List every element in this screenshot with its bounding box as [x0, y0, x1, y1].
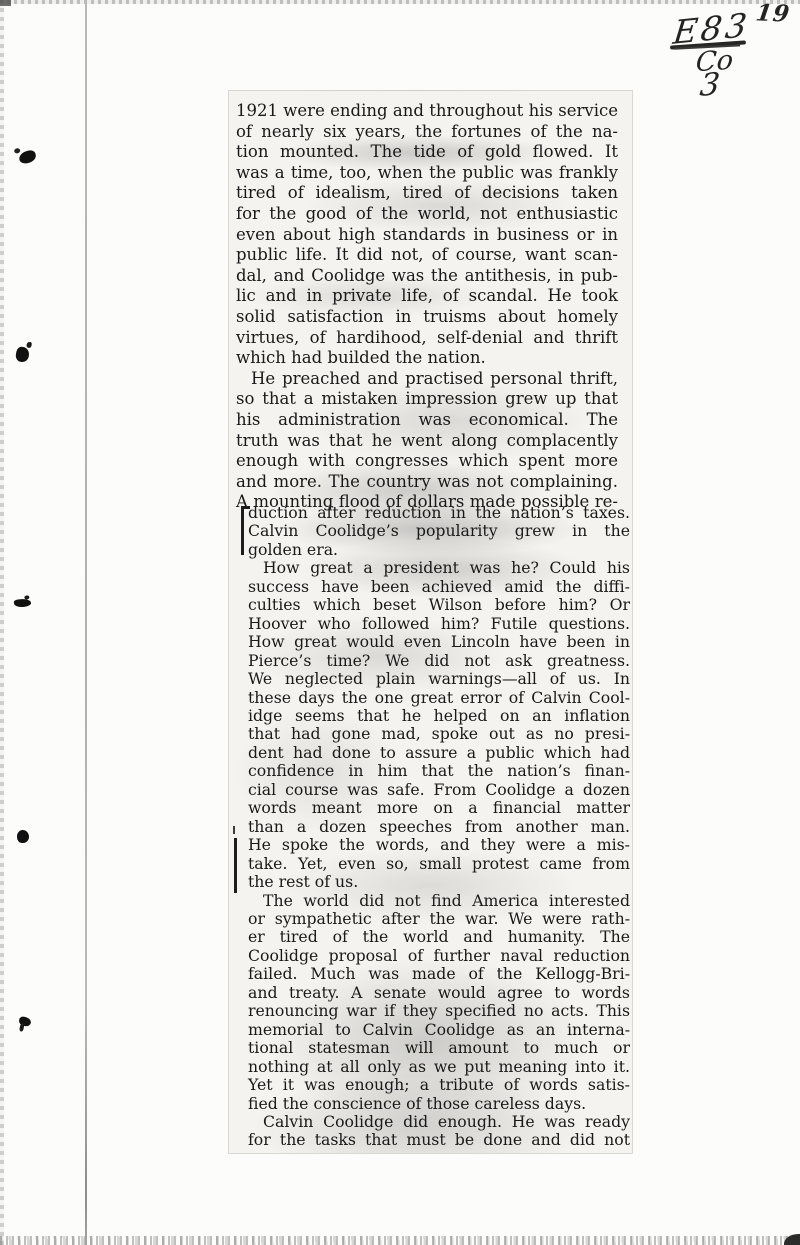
clipping-line: tion mounted. The tide of gold flowed. I… [236, 142, 618, 163]
ink-blot [17, 830, 29, 843]
clipping-line: public life. It did not, of course, want… [236, 245, 618, 266]
clipping-line: He preached and practised personal thrif… [236, 369, 618, 390]
editorial-bracket-mark [234, 838, 237, 893]
handwritten-page-number: 19 [754, 1, 791, 25]
clipping-line: The world did not find America intereste… [248, 892, 630, 910]
clipping-line: or sympathetic after the war. We were ra… [248, 910, 630, 928]
clipping-section-upper: 1921 were ending and throughout his serv… [236, 101, 618, 513]
clipping-line: was a time, too, when the public was fra… [236, 163, 618, 184]
clipping-line: memorial to Calvin Coolidge as an intern… [248, 1021, 630, 1039]
clipping-line: truth was that he went along complacentl… [236, 431, 618, 452]
ink-blot [18, 149, 37, 165]
clipping-line: even about high standards in business or… [236, 225, 618, 246]
ink-blot [14, 598, 32, 608]
clipping-line: cial course was safe. From Coolidge a do… [248, 781, 630, 799]
clipping-line: the rest of us. [248, 873, 630, 891]
clipping-line: tired of idealism, tired of decisions ta… [236, 183, 618, 204]
clipping-line: er tired of the world and humanity. The [248, 928, 630, 946]
clipping-line: for the tasks that must be done and did … [248, 1131, 630, 1149]
scan-edge-bottom [0, 1236, 800, 1245]
clipping-line: Coolidge proposal of further naval reduc… [248, 947, 630, 965]
clipping-line: golden era. [248, 541, 630, 559]
clipping-line: culties which beset Wilson before him? O… [248, 596, 630, 614]
clipping-line: lic and in private life, of scandal. He … [236, 286, 618, 307]
clipping-line: Yet it was enough; a tribute of words sa… [248, 1076, 630, 1094]
clipping-line: We neglected plain warnings—all of us. I… [248, 670, 630, 688]
clipping-line: success have been achieved amid the diff… [248, 578, 630, 596]
clipping-line: his administration was economical. The [236, 410, 618, 431]
clipping-line: than a dozen speeches from another man. [248, 818, 630, 836]
clipping-line: Hoover who followed him? Futile question… [248, 615, 630, 633]
clipping-line: fied the conscience of those careless da… [248, 1095, 630, 1113]
clipping-line: tional statesman will amount to much or [248, 1039, 630, 1057]
clipping-line: for the good of the world, not enthusias… [236, 204, 618, 225]
clipping-line: enough with congresses which spent more [236, 451, 618, 472]
clipping-line: How great a president was he? Could his [248, 559, 630, 577]
margin-rule-line [85, 0, 87, 1245]
clipping-line: He spoke the words, and they were a mis- [248, 836, 630, 854]
clipping-line: of nearly six years, the fortunes of the… [236, 122, 618, 143]
clipping-line: dal, and Coolidge was the antithesis, in… [236, 266, 618, 287]
clipping-line: Calvin Coolidge’s popularity grew in the [248, 522, 630, 540]
clipping-line: nothing at all only as we put meaning in… [248, 1058, 630, 1076]
scan-edge-top [0, 0, 800, 4]
clipping-line: and more. The country was not complainin… [236, 472, 618, 493]
clipping-line: confidence in him that the nation’s fina… [248, 762, 630, 780]
clipping-line: words meant more on a financial matter [248, 799, 630, 817]
clipping-line: these days the one great error of Calvin… [248, 689, 630, 707]
clipping-line: idge seems that he helped on an inflatio… [248, 707, 630, 725]
ink-blot [15, 346, 30, 363]
clipping-line: take. Yet, even so, small protest came f… [248, 855, 630, 873]
editorial-bracket-mark [241, 506, 244, 555]
clipping-line: virtues, of hardihood, self-denial and t… [236, 328, 618, 349]
clipping-line: solid satisfaction in truisms about home… [236, 307, 618, 328]
clipping-line: How great would even Lincoln have been i… [248, 633, 630, 651]
handwritten-catalog-line3: 3 [699, 69, 722, 102]
clipping-line: dent had done to assure a public which h… [248, 744, 630, 762]
clipping-line: duction after reduction in the nation’s … [248, 504, 630, 522]
clipping-line: Pierce’s time? We did not ask greatness. [248, 652, 630, 670]
scan-edge-left [0, 0, 4, 1245]
clipping-line: renouncing war if they specified no acts… [248, 1002, 630, 1020]
clipping-section-lower: duction after reduction in the nation’s … [248, 504, 630, 1150]
clipping-line: that had gone mad, spoke out as no presi… [248, 725, 630, 743]
clipping-line: and treaty. A senate would agree to word… [248, 984, 630, 1002]
scan-corner-mark-top-left [0, 0, 11, 6]
clipping-line: which had builded the nation. [236, 348, 618, 369]
clipping-line: 1921 were ending and throughout his serv… [236, 101, 618, 122]
clipping-line: failed. Much was made of the Kellogg-Bri… [248, 965, 630, 983]
ink-blot [18, 1016, 31, 1027]
clipping-line: Calvin Coolidge did enough. He was ready [248, 1113, 630, 1131]
clipping-line: so that a mistaken impression grew up th… [236, 389, 618, 410]
scanned-document-page: 19 E83 Co 3 1921 were ending and through… [0, 0, 800, 1245]
